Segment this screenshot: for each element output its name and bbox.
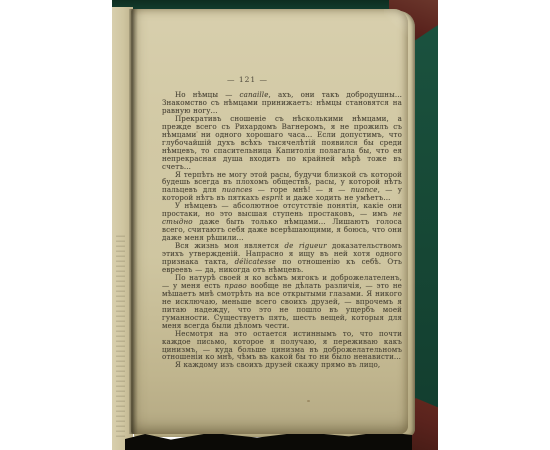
text-run: Я каждому изъ своихъ друзей скажу прямо …	[175, 360, 380, 369]
paragraph: У нѣмцевъ — абсолютное отсутствіе поняті…	[162, 202, 402, 242]
foxing-speck	[262, 357, 264, 359]
paragraph: Но нѣмцы — canaille, ахъ, они такъ добро…	[162, 91, 402, 115]
text-run: Несмотря на это остается истиннымъ то, ч…	[162, 329, 402, 362]
text-block: Но нѣмцы — canaille, ахъ, они такъ добро…	[162, 91, 402, 369]
book-photo: — 121 — Но нѣмцы — canaille, ахъ, они та…	[0, 0, 550, 450]
paragraph: Я терпѣть не могу этой расы, будучи близ…	[162, 171, 402, 203]
paragraph: По натурѣ своей я ко всѣмъ мягокъ и добр…	[162, 274, 402, 330]
page-corner-highlight	[384, 9, 408, 37]
paragraph: Несмотря на это остается истиннымъ то, ч…	[162, 330, 402, 362]
text-run: Прекративъ сношеніе съ нѣсколькими нѣмца…	[162, 114, 402, 171]
book-page: — 121 — Но нѣмцы — canaille, ахъ, они та…	[131, 9, 408, 434]
page-number-header: — 121 —	[109, 75, 386, 84]
paragraph: Я каждому изъ своихъ друзей скажу прямо …	[162, 361, 402, 369]
text-run: У нѣмцевъ — абсолютное отсутствіе поняті…	[162, 201, 402, 218]
text-run: даже быть только нѣмцами... Лишаютъ голо…	[162, 217, 402, 242]
foxing-speck	[307, 400, 310, 402]
paragraph: Прекративъ сношеніе съ нѣсколькими нѣмца…	[162, 115, 402, 171]
text-run: вообще не дѣлать различія, — это не мѣша…	[162, 281, 402, 330]
foxing-speck	[196, 131, 198, 133]
gutter-shadow	[129, 9, 138, 434]
paragraph: Вся жизнь моя является de rigueur доказа…	[162, 242, 402, 274]
